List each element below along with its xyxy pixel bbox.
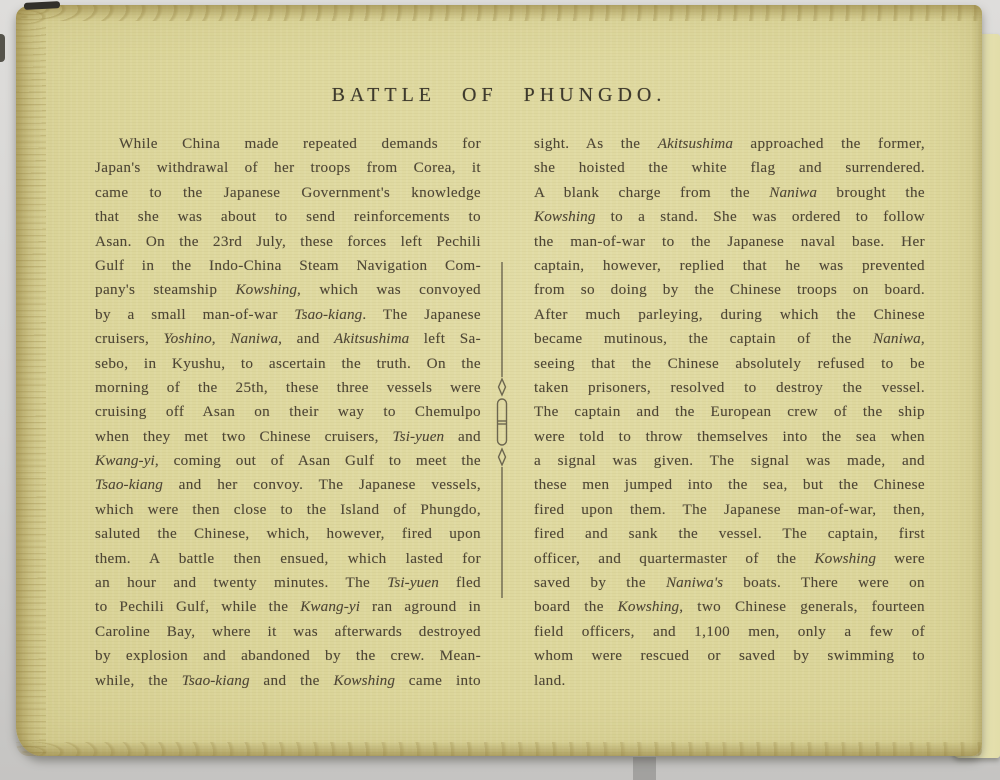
text-run: were told to throw themselves into the s…: [534, 428, 925, 445]
text-run: ,: [212, 330, 231, 347]
text-line: While China made repeated demands for: [95, 132, 481, 156]
text-run: these men jumped into the sea, but the C…: [534, 476, 925, 493]
text-line: saved by the Naniwa's boats. There were …: [534, 571, 925, 595]
text-run: Japan's withdrawal of her troops from Co…: [95, 159, 481, 176]
text-line: the man-of-war to the Japanese naval bas…: [534, 230, 925, 254]
ship-name: Tsao-kiang: [95, 476, 163, 493]
text-line: while, the Tsao-kiang and the Kowshing c…: [95, 669, 481, 693]
text-line: by a small man-of-war Tsao-kiang. The Ja…: [95, 303, 481, 327]
text-run: ,: [921, 330, 925, 347]
ship-name: Naniwa: [873, 330, 921, 347]
text-line: to Pechili Gulf, while the Kwang-yi ran …: [95, 595, 481, 619]
book-scan: { "document": { "title": "BATTLE OF PHUN…: [0, 0, 1000, 780]
text-run: Caroline Bay, where it was afterwards de…: [95, 623, 481, 640]
text-run: sight. As the: [534, 135, 658, 152]
text-run: The captain and the European crew of the…: [534, 403, 925, 420]
text-line: became mutinous, the captain of the Nani…: [534, 327, 925, 351]
text-run: saluted the Chinese, which, however, fir…: [95, 525, 481, 542]
ship-name: Kwang-yi: [95, 452, 155, 469]
ship-name: Akitsushima: [658, 135, 733, 152]
text-line: by explosion and abandoned by the crew. …: [95, 644, 481, 668]
ship-name: Kwang-yi: [300, 598, 360, 615]
ship-name: Akitsushima: [334, 330, 409, 347]
right-column: sight. As the Akitsushima approached the…: [534, 132, 925, 693]
ship-name: Tsi-yuen: [387, 574, 439, 591]
text-line: sight. As the Akitsushima approached the…: [534, 132, 925, 156]
ship-name: Kowshing: [235, 281, 297, 298]
text-line: morning of the 25th, these three vessels…: [95, 376, 481, 400]
text-line: she hoisted the white flag and surrender…: [534, 156, 925, 180]
text-run: a signal was given. The signal was made,…: [534, 452, 925, 469]
text-run: sebo, in Kyushu, to ascertain the truth.…: [95, 355, 481, 372]
text-line: a signal was given. The signal was made,…: [534, 449, 925, 473]
text-run: Asan. On the 23rd July, these forces lef…: [95, 233, 481, 250]
text-line: from so doing by the Chinese troops on b…: [534, 278, 925, 302]
text-line: The captain and the European crew of the…: [534, 400, 925, 424]
text-line: were told to throw themselves into the s…: [534, 425, 925, 449]
text-run: pany's steamship: [95, 281, 235, 298]
text-line: A blank charge from the Naniwa brought t…: [534, 181, 925, 205]
text-run: fled: [439, 574, 481, 591]
text-run: cruisers,: [95, 330, 164, 347]
text-run: , and: [278, 330, 334, 347]
text-run: when they met two Chinese cruisers,: [95, 428, 393, 445]
text-run: saved by the: [534, 574, 666, 591]
text-line: Japan's withdrawal of her troops from Co…: [95, 156, 481, 180]
ship-name: Kowshing: [618, 598, 680, 615]
text-run: them. A battle then ensued, which lasted…: [95, 550, 481, 567]
ship-name: Naniwa's: [666, 574, 723, 591]
text-run: by a small man-of-war: [95, 306, 294, 323]
text-line: Kwang-yi, coming out of Asan Gulf to mee…: [95, 449, 481, 473]
text-run: which were then close to the Island of P…: [95, 501, 481, 518]
ship-name: Kowshing: [814, 550, 876, 567]
text-run: land.: [534, 672, 566, 689]
deckled-bottom-edge: [16, 742, 982, 756]
text-run: and: [444, 428, 481, 445]
ship-name: Tsao-kiang: [294, 306, 362, 323]
text-run: she hoisted the white flag and surrender…: [534, 159, 925, 176]
text-run: While China made repeated demands for: [119, 135, 481, 152]
ship-name: Kowshing: [534, 208, 596, 225]
text-run: field officers, and 1,100 men, only a fe…: [534, 623, 925, 640]
text-run: captain, however, replied that he was pr…: [534, 257, 925, 274]
text-run: and her convoy. The Japanese vessels,: [163, 476, 481, 493]
text-line: captain, however, replied that he was pr…: [534, 254, 925, 278]
text-line: which were then close to the Island of P…: [95, 498, 481, 522]
text-run: officer, and quartermaster of the: [534, 550, 814, 567]
text-line: Caroline Bay, where it was afterwards de…: [95, 620, 481, 644]
text-line: whom were rescued or saved by swimming t…: [534, 644, 925, 668]
text-line: pany's steamship Kowshing, which was con…: [95, 278, 481, 302]
text-run: from so doing by the Chinese troops on b…: [534, 281, 925, 298]
text-line: these men jumped into the sea, but the C…: [534, 473, 925, 497]
text-line: fired and sank the vessel. The captain, …: [534, 522, 925, 546]
text-run: morning of the 25th, these three vessels…: [95, 379, 481, 396]
text-run: , two Chinese generals, fourteen: [679, 598, 925, 615]
text-run: that she was about to send reinforcement…: [95, 208, 481, 225]
deckled-top-edge: [16, 5, 982, 21]
text-line: an hour and twenty minutes. The Tsi-yuen…: [95, 571, 481, 595]
text-run: were: [876, 550, 925, 567]
text-line: field officers, and 1,100 men, only a fe…: [534, 620, 925, 644]
text-line: seeing that the Chinese absolutely refus…: [534, 352, 925, 376]
text-run: taken prisoners, resolved to destroy the…: [534, 379, 925, 396]
text-run: left Sa-: [409, 330, 481, 347]
text-run: boats. There were on: [723, 574, 925, 591]
deckled-left-edge: [16, 5, 46, 756]
ship-name: Tsi-yuen: [393, 428, 445, 445]
ship-name: Kowshing: [333, 672, 395, 689]
text-line: when they met two Chinese cruisers, Tsi-…: [95, 425, 481, 449]
text-run: fired and sank the vessel. The captain, …: [534, 525, 925, 542]
text-run: board the: [534, 598, 618, 615]
text-run: and the: [250, 672, 334, 689]
text-run: ran aground in: [360, 598, 481, 615]
text-run: fired upon them. The Japanese man-of-war…: [534, 501, 925, 518]
text-run: the man-of-war to the Japanese naval bas…: [534, 233, 925, 250]
column-divider-ornament: [493, 261, 511, 599]
ship-name: Tsao-kiang: [182, 672, 250, 689]
text-run: to a stand. She was ordered to follow: [596, 208, 925, 225]
text-line: cruising off Asan on their way to Chemul…: [95, 400, 481, 424]
page-title: BATTLE OF PHUNGDO.: [16, 84, 982, 107]
text-run: A blank charge from the: [534, 184, 769, 201]
cover-edge-mark: [0, 34, 5, 62]
text-run: approached the former,: [733, 135, 925, 152]
text-line: fired upon them. The Japanese man-of-war…: [534, 498, 925, 522]
text-line: them. A battle then ensued, which lasted…: [95, 547, 481, 571]
text-run: while, the: [95, 672, 182, 689]
text-run: brought the: [817, 184, 925, 201]
text-line: sebo, in Kyushu, to ascertain the truth.…: [95, 352, 481, 376]
text-line: taken prisoners, resolved to destroy the…: [534, 376, 925, 400]
text-line: After much parleying, during which the C…: [534, 303, 925, 327]
text-line: came to the Japanese Government's knowle…: [95, 181, 481, 205]
left-column: While China made repeated demands forJap…: [95, 132, 481, 693]
text-line: that she was about to send reinforcement…: [95, 205, 481, 229]
ship-name: Yoshino: [164, 330, 212, 347]
text-run: came to the Japanese Government's knowle…: [95, 184, 481, 201]
text-run: became mutinous, the captain of the: [534, 330, 873, 347]
text-run: came into: [395, 672, 481, 689]
text-line: Tsao-kiang and her convoy. The Japanese …: [95, 473, 481, 497]
text-line: Asan. On the 23rd July, these forces lef…: [95, 230, 481, 254]
text-run: cruising off Asan on their way to Chemul…: [95, 403, 481, 420]
text-run: whom were rescued or saved by swimming t…: [534, 647, 925, 664]
text-run: , coming out of Asan Gulf to meet the: [155, 452, 481, 469]
text-line: board the Kowshing, two Chinese generals…: [534, 595, 925, 619]
ship-name: Naniwa: [769, 184, 817, 201]
text-run: Gulf in the Indo-China Steam Navigation …: [95, 257, 481, 274]
ship-name: Naniwa: [230, 330, 278, 347]
text-run: to Pechili Gulf, while the: [95, 598, 300, 615]
text-run: seeing that the Chinese absolutely refus…: [534, 355, 925, 372]
text-run: . The Japanese: [362, 306, 481, 323]
text-run: by explosion and abandoned by the crew. …: [95, 647, 481, 664]
scanner-cradle-tab: [633, 757, 656, 780]
text-run: , which was convoyed: [297, 281, 481, 298]
text-run: an hour and twenty minutes. The: [95, 574, 387, 591]
text-line: cruisers, Yoshino, Naniwa, and Akitsushi…: [95, 327, 481, 351]
text-line: Gulf in the Indo-China Steam Navigation …: [95, 254, 481, 278]
text-run: After much parleying, during which the C…: [534, 306, 925, 323]
text-line: Kowshing to a stand. She was ordered to …: [534, 205, 925, 229]
text-line: officer, and quartermaster of the Kowshi…: [534, 547, 925, 571]
text-line: saluted the Chinese, which, however, fir…: [95, 522, 481, 546]
text-line: land.: [534, 669, 925, 693]
